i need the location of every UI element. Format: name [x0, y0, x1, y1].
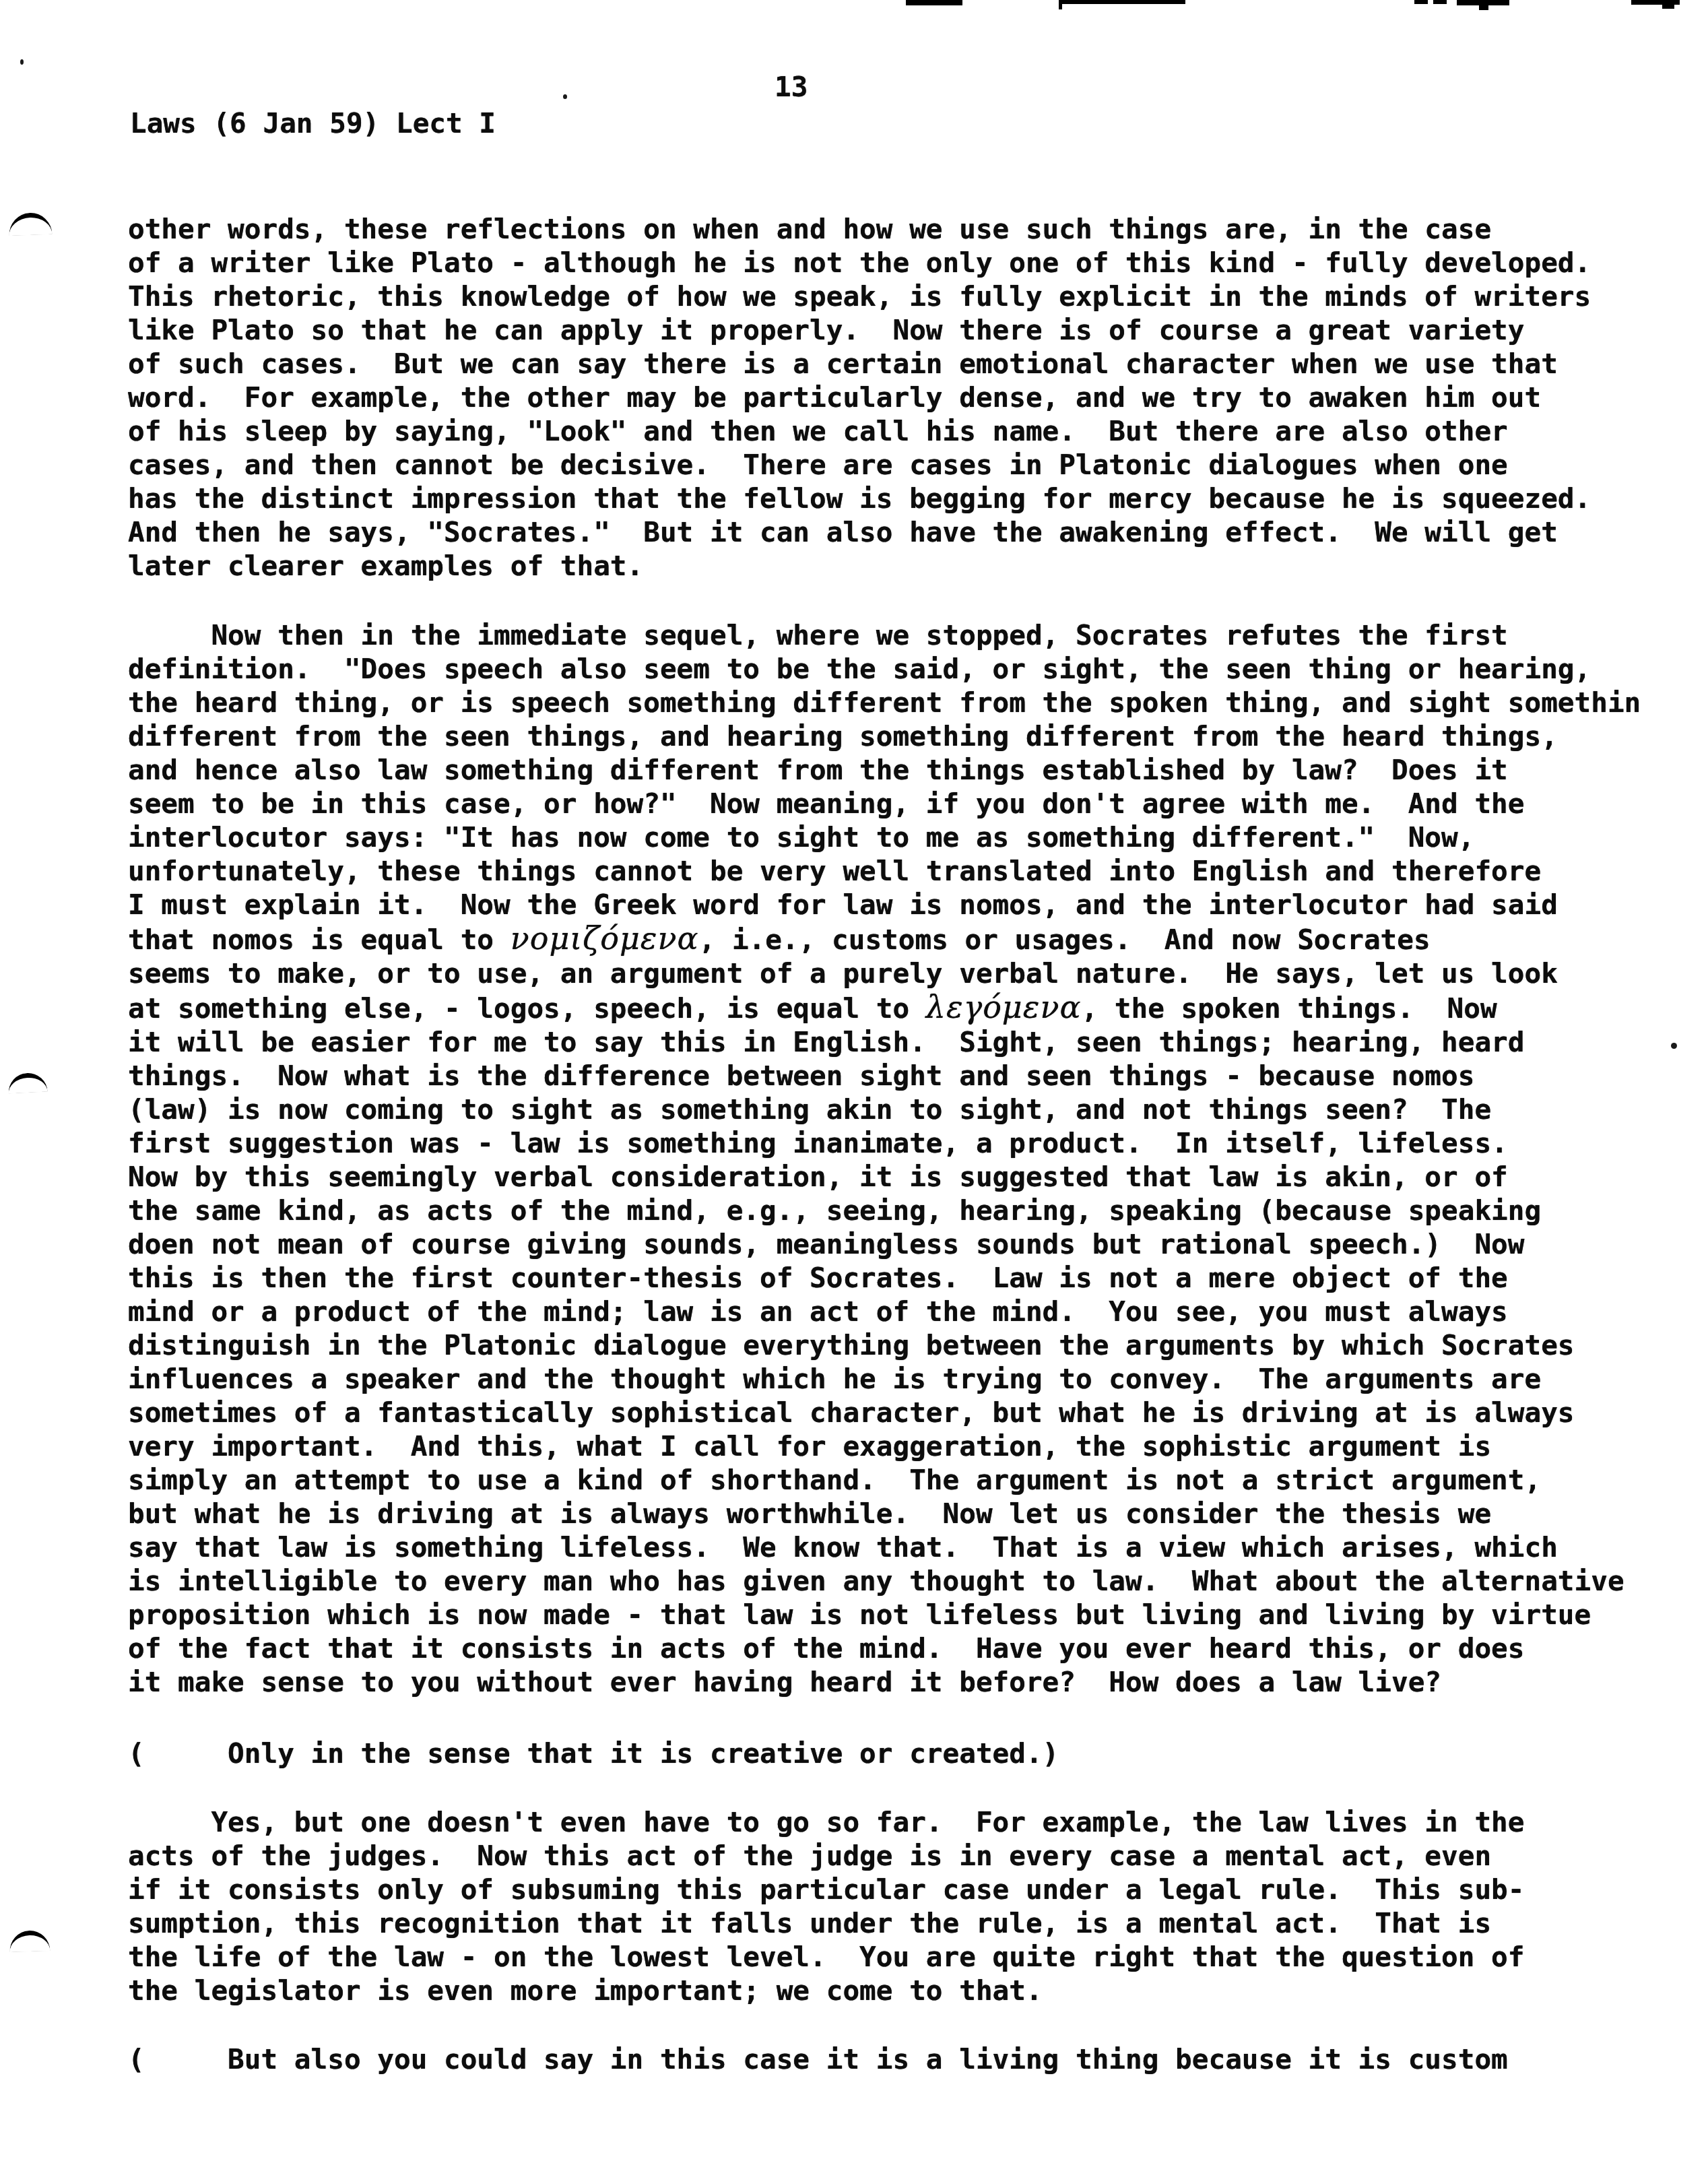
text-line: cases, and then cannot be decisive. Ther… — [128, 448, 1591, 482]
text-line: is intelligible to every man who has giv… — [128, 1564, 1641, 1598]
text-line: seem to be in this case, or how?" Now me… — [128, 787, 1641, 820]
text-line: that nomos is equal to νομιζόμενα, i.e.,… — [128, 922, 1641, 957]
scan-artifact-nub — [1662, 3, 1674, 9]
text-line: of the fact that it consists in acts of … — [128, 1632, 1641, 1665]
text-line: the life of the law - on the lowest leve… — [128, 1940, 1524, 1974]
text-line: This rhetoric, this knowledge of how we … — [128, 280, 1591, 313]
text-line: I must explain it. Now the Greek word fo… — [128, 888, 1641, 922]
text-line: if it consists only of subsuming this pa… — [128, 1873, 1524, 1906]
text-line: And then he says, "Socrates." But it can… — [128, 515, 1591, 549]
text-line: unfortunately, these things cannot be ve… — [128, 854, 1641, 888]
text-line: of such cases. But we can say there is a… — [128, 347, 1591, 381]
text-line: of a writer like Plato - although he is … — [128, 246, 1591, 280]
student-response-aside: ( Only in the sense that it is creative … — [128, 1737, 1059, 1770]
text-line: mind or a product of the mind; law is an… — [128, 1295, 1641, 1328]
scan-artifact-bar — [906, 0, 962, 5]
text-line: this is then the first counter-thesis of… — [128, 1261, 1641, 1295]
ink-speck — [563, 94, 567, 99]
text-line: things. Now what is the difference betwe… — [128, 1059, 1641, 1093]
paragraph: Yes, but one doesn't even have to go so … — [128, 1805, 1524, 2007]
text-line: simply an attempt to use a kind of short… — [128, 1463, 1641, 1497]
text-line: definition. "Does speech also seem to be… — [128, 652, 1641, 686]
text-line: but what he is driving at is always wort… — [128, 1497, 1641, 1530]
text-line: say that law is something lifeless. We k… — [128, 1530, 1641, 1564]
text-line: sumption, this recognition that it falls… — [128, 1906, 1524, 1940]
text-line: first suggestion was - law is something … — [128, 1126, 1641, 1160]
scan-artifact-bar — [1059, 0, 1185, 4]
text-line: the same kind, as acts of the mind, e.g.… — [128, 1194, 1641, 1227]
text-line: ( But also you could say in this case it… — [128, 2042, 1508, 2076]
text-line: later clearer examples of that. — [128, 549, 1591, 583]
document-header: Laws (6 Jan 59) Lect I — [130, 106, 496, 140]
student-response-aside: ( But also you could say in this case it… — [128, 2042, 1508, 2076]
text-line: influences a speaker and the thought whi… — [128, 1362, 1641, 1396]
handwritten-greek-word: νομιζόμενα — [511, 920, 699, 957]
text-line: it will be easier for me to say this in … — [128, 1025, 1641, 1059]
text-line: (law) is now coming to sight as somethin… — [128, 1093, 1641, 1126]
margin-annotation-arc — [9, 1930, 50, 1952]
text-line: Now by this seemingly verbal considerati… — [128, 1160, 1641, 1194]
text-line: interlocutor says: "It has now come to s… — [128, 820, 1641, 854]
text-line: at something else, - logos, speech, is e… — [128, 990, 1641, 1025]
handwritten-greek-word: λεγόμενα — [926, 989, 1082, 1025]
text-line: of his sleep by saying, "Look" and then … — [128, 414, 1591, 448]
text-line: very important. And this, what I call fo… — [128, 1429, 1641, 1463]
text-line: the heard thing, or is speech something … — [128, 686, 1641, 719]
text-line: seems to make, or to use, an argument of… — [128, 957, 1641, 990]
text-line: it make sense to you without ever having… — [128, 1665, 1641, 1699]
text-line: has the distinct impression that the fel… — [128, 482, 1591, 515]
text-line: like Plato so that he can apply it prope… — [128, 313, 1591, 347]
document-page: 13 Laws (6 Jan 59) Lect I other words, t… — [0, 0, 1708, 2163]
text-line: ( Only in the sense that it is creative … — [128, 1737, 1059, 1770]
text-line: and hence also law something different f… — [128, 753, 1641, 787]
scan-artifact-nub — [1479, 4, 1488, 10]
ink-speck — [1671, 1043, 1677, 1049]
text-line: doen not mean of course giving sounds, m… — [128, 1227, 1641, 1261]
text-line: the legislator is even more important; w… — [128, 1974, 1524, 2007]
text-line: Yes, but one doesn't even have to go so … — [128, 1805, 1524, 1839]
text-line: acts of the judges. Now this act of the … — [128, 1839, 1524, 1873]
text-line: distinguish in the Platonic dialogue eve… — [128, 1328, 1641, 1362]
scan-artifact-dash — [1414, 0, 1428, 4]
text-line: other words, these reflections on when a… — [128, 212, 1591, 246]
margin-annotation-arc — [7, 1072, 47, 1094]
page-number: 13 — [775, 70, 808, 104]
text-line: word. For example, the other may be part… — [128, 381, 1591, 414]
text-line: different from the seen things, and hear… — [128, 719, 1641, 753]
paragraph: Now then in the immediate sequel, where … — [128, 618, 1641, 1699]
text-line: sometimes of a fantastically sophistical… — [128, 1396, 1641, 1429]
paragraph: other words, these reflections on when a… — [128, 212, 1591, 583]
text-line: proposition which is now made - that law… — [128, 1598, 1641, 1632]
text-line: Now then in the immediate sequel, where … — [128, 618, 1641, 652]
scan-artifact-dash — [1433, 0, 1447, 4]
margin-annotation-arc — [8, 212, 52, 236]
ink-speck — [20, 59, 24, 65]
